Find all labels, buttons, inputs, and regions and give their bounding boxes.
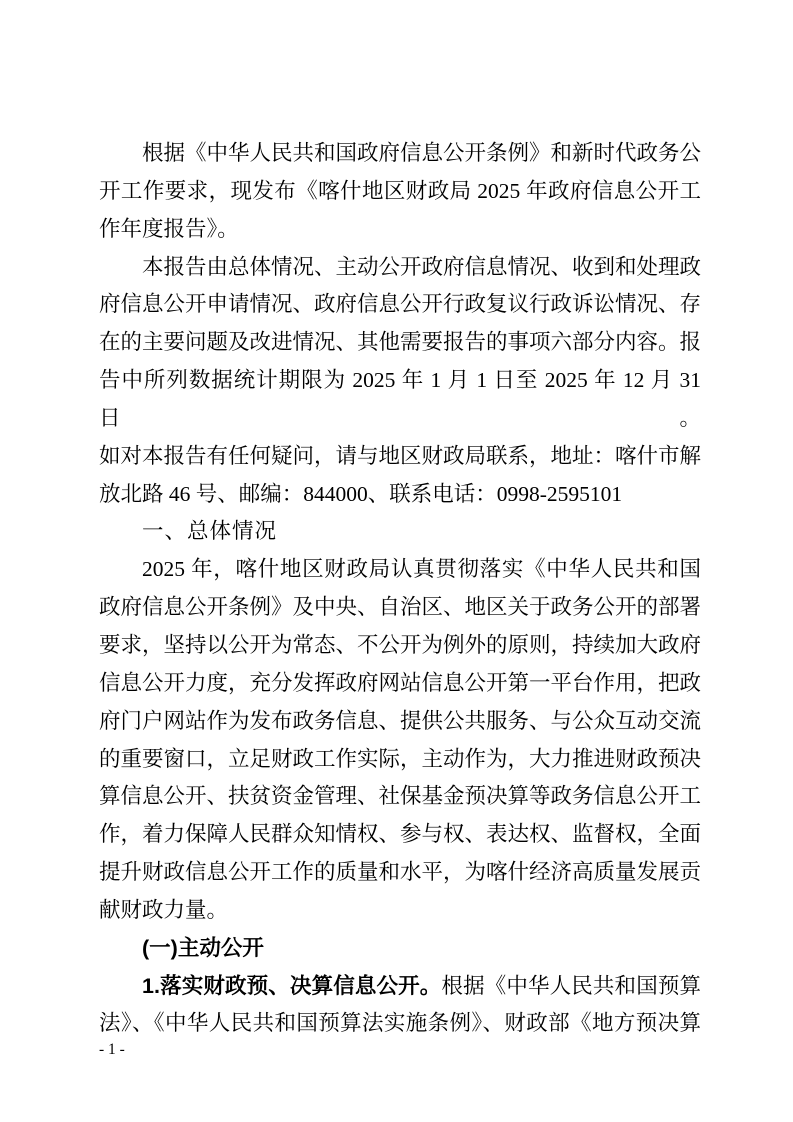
paragraph-line: 开工作要求，现发布《喀什地区财政局 2025 年政府信息公开工 bbox=[99, 173, 701, 211]
paragraph-line: 法》、《中华人民共和国预算法实施条例》、财政部《地方预决算 bbox=[99, 1005, 701, 1043]
paragraph-line: 信息公开力度，充分发挥政府网站信息公开第一平台作用，把政 bbox=[99, 665, 701, 703]
paragraph-line: 2025 年，喀什地区财政局认真贯彻落实《中华人民共和国 bbox=[99, 551, 701, 589]
page-number: - 1 - bbox=[99, 1039, 125, 1061]
paragraph-line: 要求，坚持以公开为常态、不公开为例外的原则，持续加大政府 bbox=[99, 627, 701, 665]
paragraph-line: 在的主要问题及改进情况、其他需要报告的事项六部分内容。报 bbox=[99, 324, 701, 362]
paragraph-line: 府信息公开申请情况、政府信息公开行政复议行政诉讼情况、存 bbox=[99, 286, 701, 324]
paragraph-line: 作年度报告》。 bbox=[99, 211, 701, 249]
document-body: 根据《中华人民共和国政府信息公开条例》和新时代政务公 开工作要求，现发布《喀什地… bbox=[99, 135, 701, 1043]
contact-info-line: 放北路 46 号、邮编：844000、联系电话：0998-2595101 bbox=[99, 476, 701, 514]
numbered-item-bold-lead: 1.落实财政预、决算信息公开。 bbox=[142, 974, 441, 998]
section-heading-overall-situation: 一、总体情况 bbox=[99, 513, 701, 551]
paragraph-line: 的重要窗口，立足财政工作实际，主动作为，大力推进财政预决 bbox=[99, 741, 701, 779]
paragraph-line: 提升财政信息公开工作的质量和水平，为喀什经济高质量发展贡 bbox=[99, 854, 701, 892]
paragraph-line: 本报告由总体情况、主动公开政府信息情况、收到和处理政 bbox=[99, 249, 701, 287]
numbered-item-text: 根据《中华人民共和国预算 bbox=[441, 974, 701, 998]
paragraph-line: 府门户网站作为发布政务信息、提供公共服务、与公众互动交流 bbox=[99, 703, 701, 741]
paragraph-line: 献财政力量。 bbox=[99, 892, 701, 930]
paragraph-line: 政府信息公开条例》及中央、自治区、地区关于政务公开的部署 bbox=[99, 589, 701, 627]
paragraph-line: 算信息公开、扶贫资金管理、社保基金预决算等政务信息公开工 bbox=[99, 778, 701, 816]
paragraph-line: 根据《中华人民共和国政府信息公开条例》和新时代政务公 bbox=[99, 135, 701, 173]
subsection-heading-proactive-disclosure: (一)主动公开 bbox=[99, 930, 701, 968]
paragraph-line: 作，着力保障人民群众知情权、参与权、表达权、监督权，全面 bbox=[99, 816, 701, 854]
document-page: 根据《中华人民共和国政府信息公开条例》和新时代政务公 开工作要求，现发布《喀什地… bbox=[0, 0, 793, 1122]
paragraph-line: 如对本报告有任何疑问，请与地区财政局联系，地址：喀什市解 bbox=[99, 438, 701, 476]
paragraph-line: 告中所列数据统计期限为 2025 年 1 月 1 日至 2025 年 12 月 … bbox=[99, 362, 701, 438]
numbered-item-line: 1.落实财政预、决算信息公开。根据《中华人民共和国预算 bbox=[99, 968, 701, 1006]
